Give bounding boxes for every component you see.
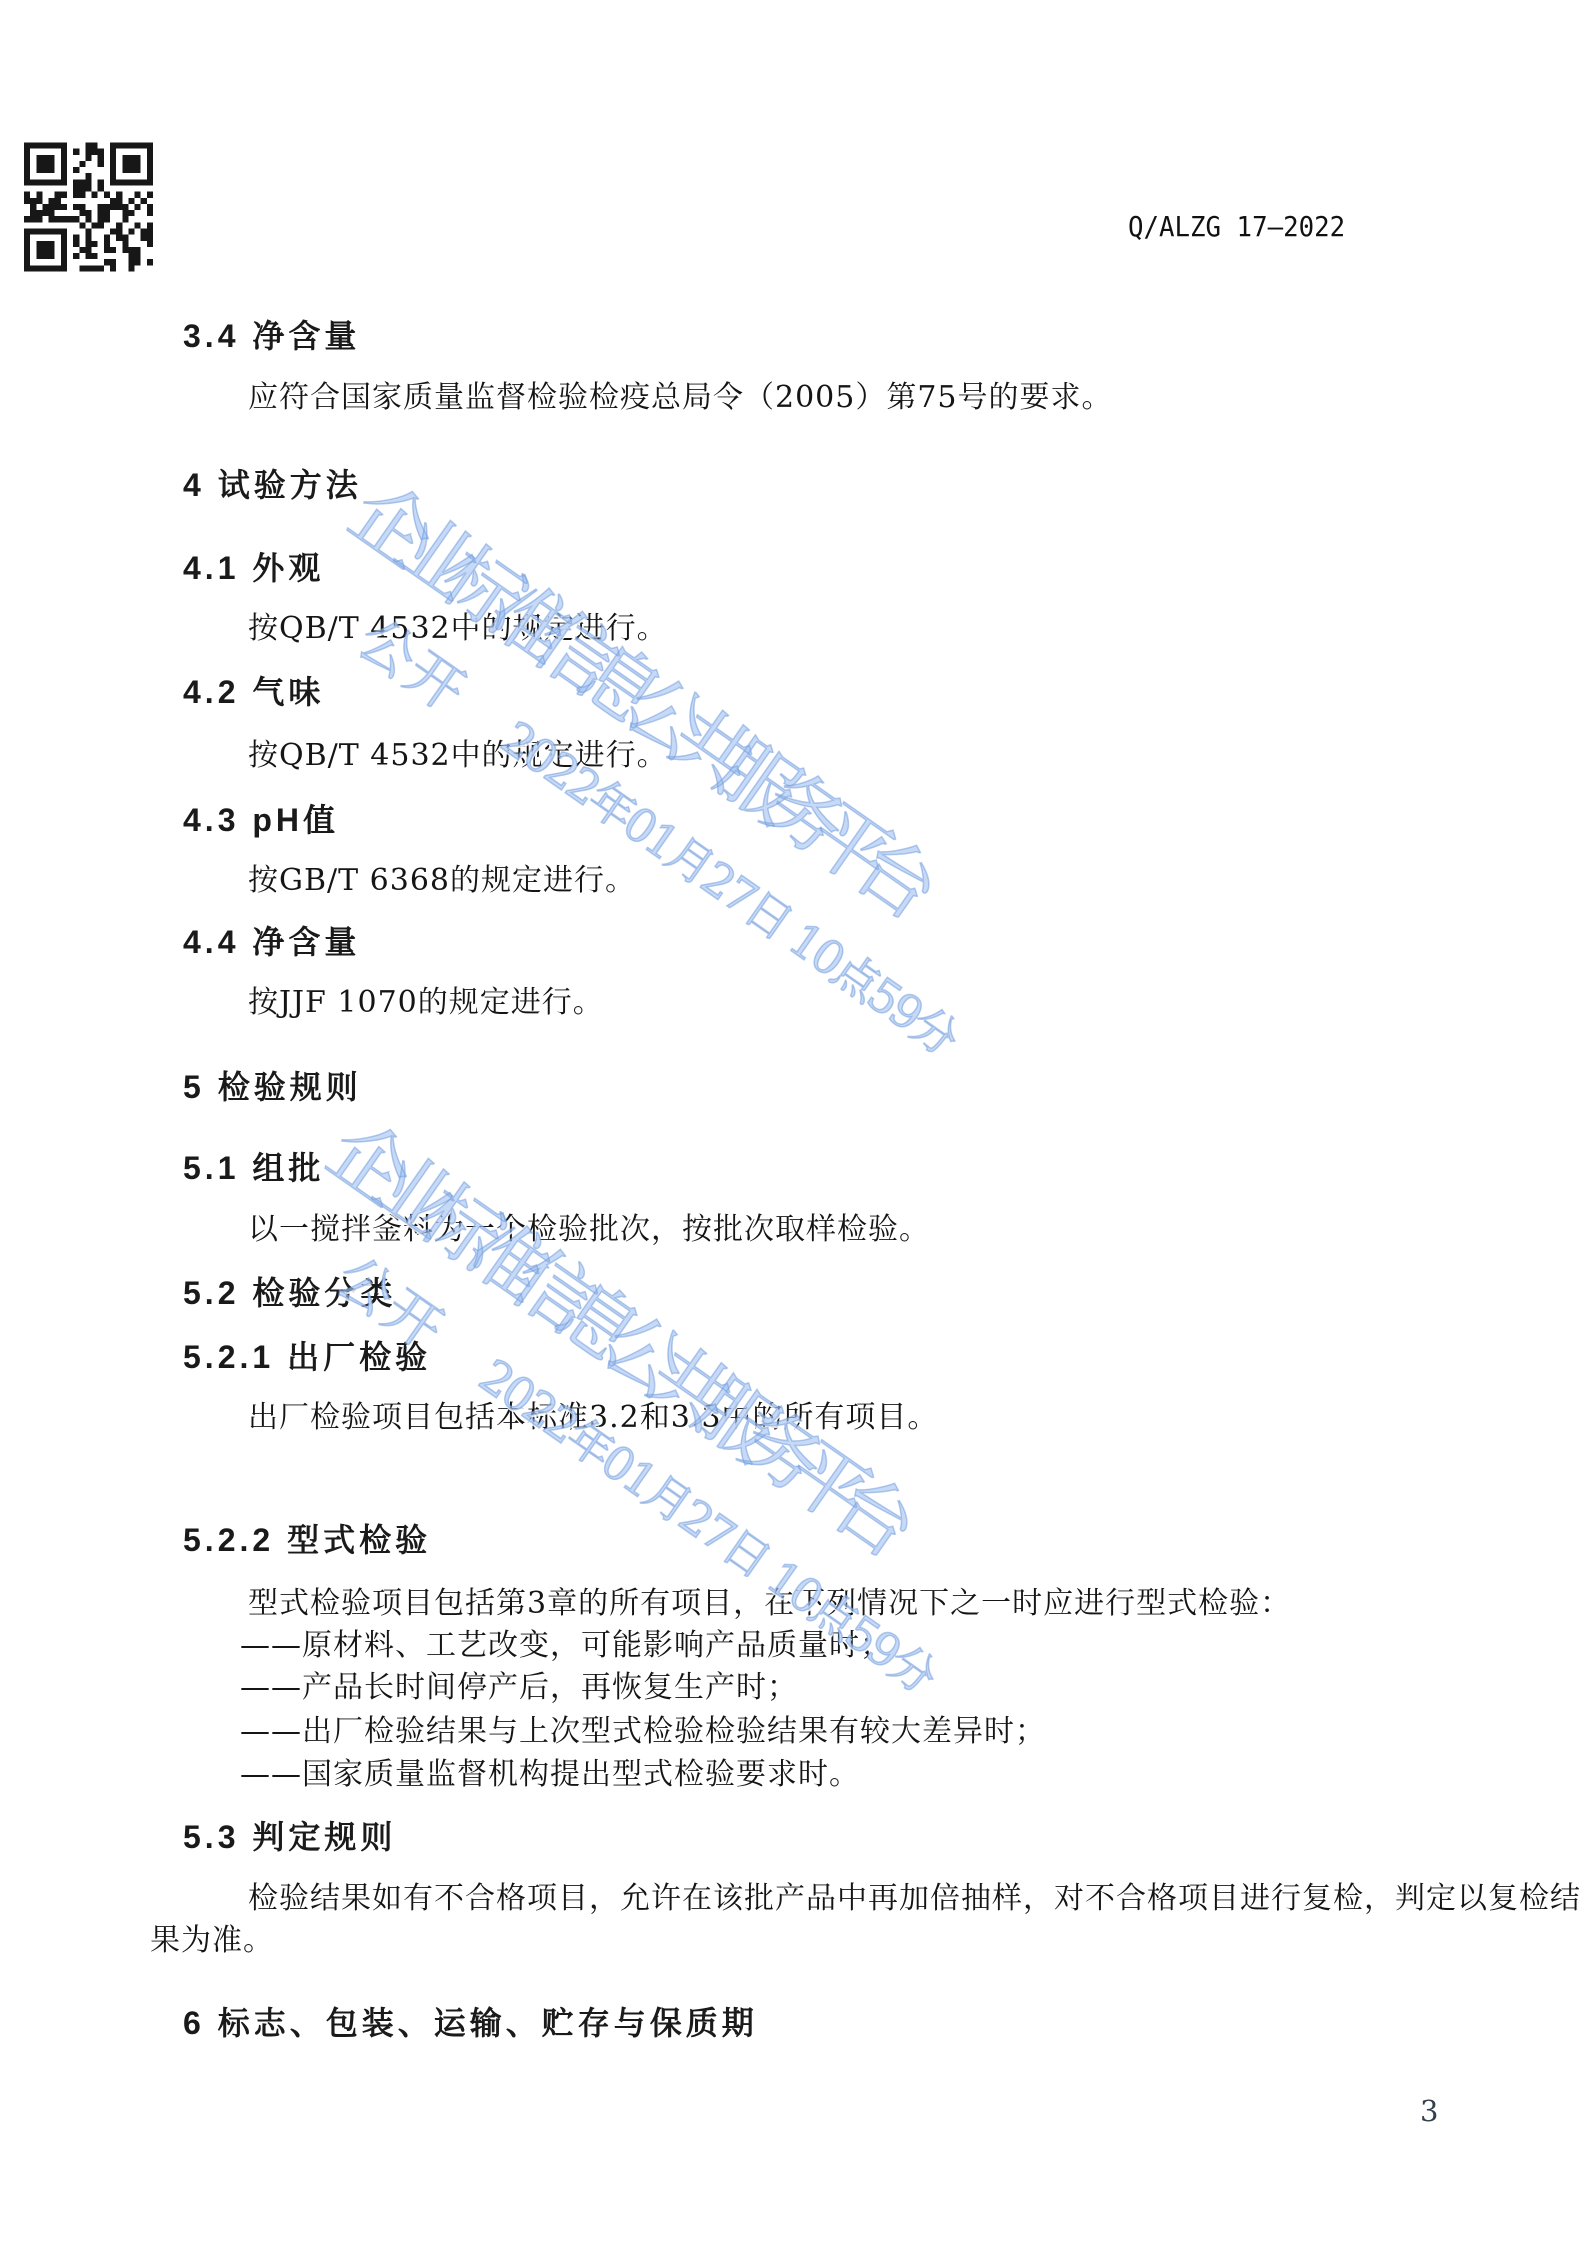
text-line: 4.4 净含量 [183, 917, 360, 963]
page-number: 3 [1420, 2094, 1438, 2128]
text-line: 5.2 检验分类 [183, 1268, 396, 1314]
text-line: 5.3 判定规则 [183, 1812, 396, 1858]
text-line: 按GB/T 6368的规定进行。 [248, 855, 636, 899]
text-line: ——国家质量监督机构提出型式检验要求时。 [240, 1749, 860, 1793]
text-line: 5.1 组批 [183, 1143, 324, 1189]
document-page: { "page": { "standard_code": "Q/ALZG 17—… [0, 0, 1588, 2245]
text-line: 检验结果如有不合格项目，允许在该批产品中再加倍抽样，对不合格项目进行复检，判定以… [248, 1873, 1581, 1917]
text-line: 4 试验方法 [183, 460, 362, 506]
text-line: 按JJF 1070的规定进行。 [248, 977, 604, 1021]
text-line: 5 检验规则 [183, 1062, 362, 1108]
text-line: 果为准。 [150, 1915, 274, 1959]
text-line: 4.1 外观 [183, 543, 324, 589]
text-line: 4.2 气味 [183, 667, 324, 713]
text-line: 以一搅拌釜料为一个检验批次，按批次取样检验。 [248, 1204, 930, 1248]
document-body: 3.4 净含量应符合国家质量监督检验检疫总局令（2005）第75号的要求。4 试… [0, 0, 1588, 2245]
text-line: ——出厂检验结果与上次型式检验检验结果有较大差异时； [240, 1706, 1046, 1750]
text-line: 按QB/T 4532中的规定进行。 [248, 730, 668, 774]
text-line: 出厂检验项目包括本标准3.2和3.3中的所有项目。 [248, 1392, 938, 1436]
text-line: 6 标志、包装、运输、贮存与保质期 [183, 1998, 758, 2044]
text-line: 5.2.1 出厂检验 [183, 1332, 431, 1378]
text-line: ——产品长时间停产后，再恢复生产时； [240, 1662, 798, 1706]
text-line: 4.3 pH值 [183, 795, 339, 841]
text-line: 按QB/T 4532中的规定进行。 [248, 603, 668, 647]
text-line: ——原材料、工艺改变，可能影响产品质量时； [240, 1620, 891, 1664]
text-line: 5.2.2 型式检验 [183, 1515, 431, 1561]
text-line: 应符合国家质量监督检验检疫总局令（2005）第75号的要求。 [248, 372, 1113, 416]
text-line: 3.4 净含量 [183, 311, 360, 357]
text-line: 型式检验项目包括第3章的所有项目，在下列情况下之一时应进行型式检验： [248, 1578, 1291, 1622]
